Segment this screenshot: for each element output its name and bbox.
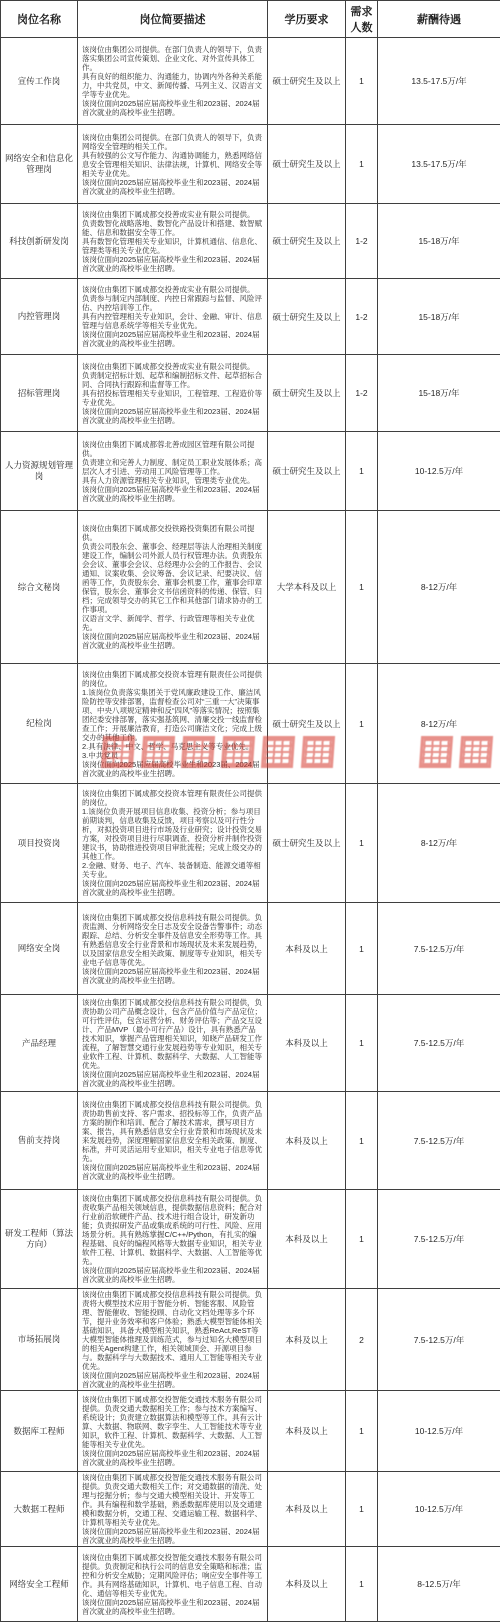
position-name: 售前支持岗 [1,1092,78,1190]
position-description: 该岗位由集团下属成都交投信息科技有限公司提供，负责协助公司产品概念设计，包含产品… [78,995,268,1092]
salary-range: 15-18万/年 [378,279,500,355]
table-row: 网络安全工程师该岗位由集团下属成都交投智能交通技术服务有限公司提供。负责制定和执… [1,1547,500,1622]
position-description: 该岗位由集团下属成都交投资本管理有限责任公司提供的岗位。 1.该岗位负责落实集团… [78,664,268,784]
col-header-headcount: 需求人数 [346,1,378,38]
position-name: 产品经理 [1,995,78,1092]
salary-range: 15-18万/年 [378,204,500,279]
position-name: 大数据工程师 [1,1472,78,1547]
position-description: 该岗位由集团下属成都交投信息科技有限公司提供。负责协助售前支持、客户需求、招投标… [78,1092,268,1190]
education-requirement: 硕士研究生及以上 [268,38,346,125]
position-description: 该岗位由集团下属成都交投善成实业有限公司提供。 负责数智化战略落地、数智化产品设… [78,204,268,279]
headcount: 1 [346,125,378,204]
salary-range: 10-12.5万/年 [378,1472,500,1547]
position-name: 科技创新研发岗 [1,204,78,279]
position-name: 宣传工作岗 [1,38,78,125]
salary-range: 8-12万/年 [378,784,500,903]
salary-range: 13.5-17.5万/年 [378,125,500,204]
table-row: 售前支持岗该岗位由集团下属成都交投信息科技有限公司提供。负责协助售前支持、客户需… [1,1092,500,1190]
position-name: 招标管理岗 [1,355,78,432]
position-description: 该岗位由集团下属成都交投智能交通技术服务有限公司提供。负责交通大数相关工作；对交… [78,1472,268,1547]
salary-range: 7.5-12.5万/年 [378,1289,500,1391]
education-requirement: 硕士研究生及以上 [268,784,346,903]
position-description: 该岗位由集团公司提供。在部门负责人的领导下，负责落实集团公司宣传策划、企业文化、… [78,38,268,125]
position-description: 该岗位由集团下属成都交投信息科技有限公司提供。负责将大模型技术应用于智能分析、智… [78,1289,268,1391]
headcount: 1 [346,1092,378,1190]
table-row: 宣传工作岗该岗位由集团公司提供。在部门负责人的领导下，负责落实集团公司宣传策划、… [1,38,500,125]
position-description: 该岗位由集团下属成都蓉北善成园区管理有限公司提供。 负责建立和完善人力制度、制定… [78,432,268,511]
education-requirement: 硕士研究生及以上 [268,204,346,279]
col-header-salary: 薪酬待遇 [378,1,500,38]
position-description: 该岗位由集团下属成都交投信息科技有限公司提供。负责收集产品相关领域信息，提供数据… [78,1190,268,1289]
education-requirement: 本科及以上 [268,995,346,1092]
table-row: 内控管理岗该岗位由集团下属成都交投善成实业有限公司提供。 负责参与制定内部制度、… [1,279,500,355]
col-header-description: 岗位简要描述 [78,1,268,38]
salary-range: 8-12万/年 [378,511,500,664]
salary-range: 10-12.5万/年 [378,1391,500,1472]
education-requirement: 本科及以上 [268,903,346,995]
salary-range: 13.5-17.5万/年 [378,38,500,125]
headcount: 1-2 [346,279,378,355]
education-requirement: 本科及以上 [268,1391,346,1472]
position-name: 内控管理岗 [1,279,78,355]
table-row: 网络安全和信息化管理岗该岗位由集团公司提供。在部门负责人的领导下，负责网络安全管… [1,125,500,204]
position-description: 该岗位由集团下属成都交投信息科技有限公司提供。负责监测、分析网络安全日志及安全设… [78,903,268,995]
position-description: 该岗位由集团下属成都交投善成实业有限公司提供。 负责参与制定内部制度、内控日常跟… [78,279,268,355]
position-description: 该岗位由集团下属成都交投智能交通技术服务有限公司提供。负责交通大数据相关工作；参… [78,1391,268,1472]
job-postings-table: 岗位名称 岗位简要描述 学历要求 需求人数 薪酬待遇 宣传工作岗该岗位由集团公司… [0,0,500,1622]
headcount: 2 [346,1289,378,1391]
position-name: 人力资源规划管理岗 [1,432,78,511]
education-requirement: 硕士研究生及以上 [268,279,346,355]
position-description: 该岗位由集团下属成都交投智能交通技术服务有限公司提供。负责制定和执行公司的信息安… [78,1547,268,1622]
table-row: 综合文秘岗该岗位由集团下属成都交投铁路投资集团有限公司提供。 负责公司股东会、董… [1,511,500,664]
col-header-education: 学历要求 [268,1,346,38]
education-requirement: 硕士研究生及以上 [268,125,346,204]
position-description: 该岗位由集团下属成都交投铁路投资集团有限公司提供。 负责公司股东会、董事会、经理… [78,511,268,664]
education-requirement: 硕士研究生及以上 [268,355,346,432]
headcount: 1 [346,1547,378,1622]
education-requirement: 本科及以上 [268,1092,346,1190]
table-row: 项目投资岗该岗位由集团下属成都交投资本管理有限责任公司提供的岗位。 1.该岗位负… [1,784,500,903]
position-name: 纪检岗 [1,664,78,784]
table-row: 科技创新研发岗该岗位由集团下属成都交投善成实业有限公司提供。 负责数智化战略落地… [1,204,500,279]
headcount: 1 [346,432,378,511]
headcount: 1 [346,511,378,664]
education-requirement: 本科及以上 [268,1547,346,1622]
headcount: 1 [346,664,378,784]
headcount: 1 [346,38,378,125]
salary-range: 7.5-12.5万/年 [378,995,500,1092]
headcount: 1 [346,903,378,995]
headcount: 1-2 [346,355,378,432]
position-description: 该岗位由集团公司提供。在部门负责人的领导下，负责网络安全管理的相关工作。 具有较… [78,125,268,204]
salary-range: 7.5-12.5万/年 [378,1190,500,1289]
salary-range: 8-12万/年 [378,664,500,784]
education-requirement: 硕士研究生及以上 [268,432,346,511]
position-description: 该岗位由集团下属成都交投善成实业有限公司提供。 负责制定招标计划、起草和编制招标… [78,355,268,432]
table-row: 市场拓展岗该岗位由集团下属成都交投信息科技有限公司提供。负责将大模型技术应用于智… [1,1289,500,1391]
salary-range: 8-12.5万/年 [378,1547,500,1622]
salary-range: 15-18万/年 [378,355,500,432]
table-row: 大数据工程师该岗位由集团下属成都交投智能交通技术服务有限公司提供。负责交通大数相… [1,1472,500,1547]
table-row: 纪检岗该岗位由集团下属成都交投资本管理有限责任公司提供的岗位。 1.该岗位负责落… [1,664,500,784]
col-header-position-name: 岗位名称 [1,1,78,38]
position-name: 数据库工程师 [1,1391,78,1472]
headcount: 1-2 [346,204,378,279]
table-row: 研发工程师（算法方向）该岗位由集团下属成都交投信息科技有限公司提供。负责收集产品… [1,1190,500,1289]
headcount: 1 [346,1190,378,1289]
header-row: 岗位名称 岗位简要描述 学历要求 需求人数 薪酬待遇 [1,1,500,38]
education-requirement: 本科及以上 [268,1472,346,1547]
education-requirement: 本科及以上 [268,1190,346,1289]
education-requirement: 大学本科及以上 [268,511,346,664]
position-name: 项目投资岗 [1,784,78,903]
position-name: 网络安全和信息化管理岗 [1,125,78,204]
table-row: 人力资源规划管理岗该岗位由集团下属成都蓉北善成园区管理有限公司提供。 负责建立和… [1,432,500,511]
position-name: 网络安全岗 [1,903,78,995]
position-name: 综合文秘岗 [1,511,78,664]
headcount: 1 [346,1472,378,1547]
table-row: 网络安全岗该岗位由集团下属成都交投信息科技有限公司提供。负责监测、分析网络安全日… [1,903,500,995]
position-name: 市场拓展岗 [1,1289,78,1391]
headcount: 1 [346,784,378,903]
position-name: 网络安全工程师 [1,1547,78,1622]
salary-range: 7.5-12.5万/年 [378,903,500,995]
education-requirement: 硕士研究生及以上 [268,664,346,784]
position-description: 该岗位由集团下属成都交投资本管理有限责任公司提供的岗位。 1.该岗位负责开展项目… [78,784,268,903]
salary-range: 7.5-12.5万/年 [378,1092,500,1190]
headcount: 1 [346,995,378,1092]
table-row: 产品经理该岗位由集团下属成都交投信息科技有限公司提供，负责协助公司产品概念设计，… [1,995,500,1092]
education-requirement: 本科及以上 [268,1289,346,1391]
table-row: 招标管理岗该岗位由集团下属成都交投善成实业有限公司提供。 负责制定招标计划、起草… [1,355,500,432]
salary-range: 10-12.5万/年 [378,432,500,511]
position-name: 研发工程师（算法方向） [1,1190,78,1289]
table-row: 数据库工程师该岗位由集团下属成都交投智能交通技术服务有限公司提供。负责交通大数据… [1,1391,500,1472]
headcount: 1 [346,1391,378,1472]
